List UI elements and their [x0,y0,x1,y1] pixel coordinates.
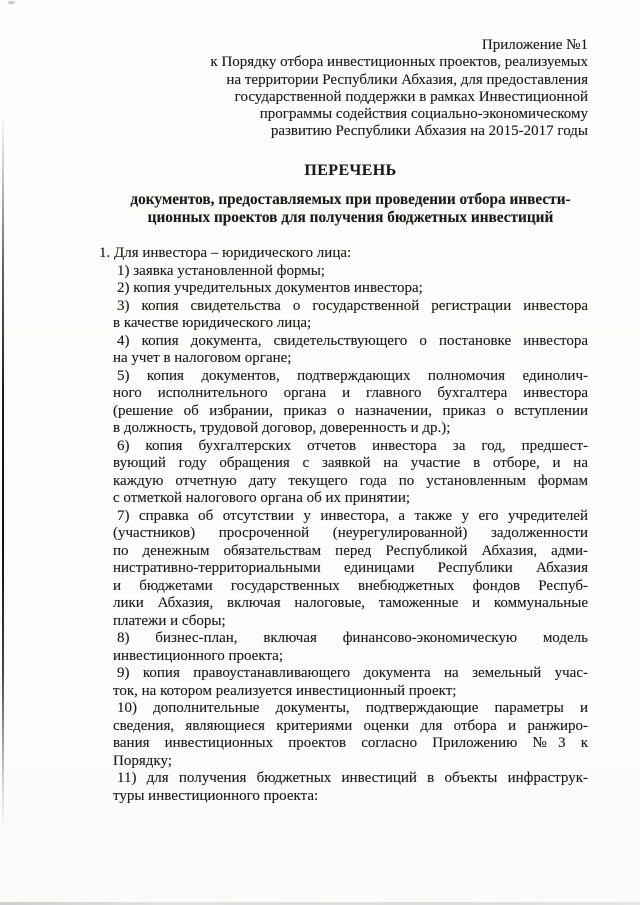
text-line: по денежным обязательствам перед Республ… [113,543,588,561]
list-intro: 1. Для инвестора – юридического лица: [99,245,588,263]
text-line: 1) заявка установленной формы; [113,263,588,281]
text-line: вания инвестиционных проектов согласно П… [113,735,588,753]
header-line: на территории Республики Абхазия, для пр… [158,72,588,89]
document-subtitle: документов, предоставляемых при проведен… [113,191,588,226]
header-line: к Порядку отбора инвестиционных проектов… [158,54,588,71]
text-line: 11) для получения бюджетных инвестиций в… [113,770,588,788]
list-item: 2) копия учредительных документов инвест… [113,280,588,298]
subtitle-line: ционных проектов для получения бюджетных… [113,209,588,227]
text-line: нистративно-территориальными единицами Р… [113,560,588,578]
text-line: каждую отчетную дату текущего года по ус… [113,473,588,491]
text-line: 3) копия свидетельства о государственной… [113,298,588,316]
list-item: 1) заявка установленной формы; [113,263,588,281]
header-line: Приложение №1 [158,37,588,54]
subtitle-line: документов, предоставляемых при проведен… [113,191,588,209]
text-line: и бюджетами государственных внебюджетных… [113,578,588,596]
text-line: ного исполнительного органа и главного б… [113,385,588,403]
text-line: 6) копия бухгалтерских отчетов инвестора… [113,438,588,456]
text-line: лики Абхазия, включая налоговые, таможен… [113,595,588,613]
document-title: ПЕРЕЧЕНЬ [113,162,588,180]
list-item: 3) копия свидетельства о государственной… [113,298,588,333]
list-item: 6) копия бухгалтерских отчетов инвестора… [113,438,588,508]
text-line: инвестиционного проекта; [113,648,588,666]
scanned-document-page: Приложение №1к Порядку отбора инвестицио… [0,0,640,905]
list-item: 4) копия документа, свидетельствующего о… [113,333,588,368]
text-line: в должность, трудовой договор, доверенно… [113,420,588,438]
list-item: 7) справка об отсутствии у инвестора, а … [113,508,588,631]
text-line: туры инвестиционного проекта: [113,788,588,806]
list-item: 10) дополнительные документы, подтвержда… [113,700,588,770]
text-line: в качестве юридического лица; [113,315,588,333]
text-line: 9) копия правоустанавливающего документа… [113,665,588,683]
text-line: платежи и сборы; [113,613,588,631]
list-item: 11) для получения бюджетных инвестиций в… [113,770,588,805]
header-line: развитию Республики Абхазия на 2015-2017… [158,123,588,140]
document-body: 1. Для инвестора – юридического лица: 1)… [113,245,588,805]
header-line: государственной поддержки в рамках Инвес… [158,89,588,106]
appendix-header: Приложение №1к Порядку отбора инвестицио… [158,37,588,141]
header-line: программы содействия социально-экономиче… [158,106,588,123]
text-line: (решение об избрании, приказ о назначени… [113,403,588,421]
list-item: 8) бизнес-план, включая финансово-эконом… [113,630,588,665]
text-line: 7) справка об отсутствии у инвестора, а … [113,508,588,526]
text-line: сведения, являющиеся критериями оценки д… [113,718,588,736]
text-line: 4) копия документа, свидетельствующего о… [113,333,588,351]
list-item: 5) копия документов, подтверждающих полн… [113,368,588,438]
text-line: ток, на котором реализуется инвестиционн… [113,683,588,701]
text-line: 8) бизнес-план, включая финансово-эконом… [113,630,588,648]
text-line: Порядку; [113,753,588,771]
text-line: 5) копия документов, подтверждающих полн… [113,368,588,386]
list-item: 9) копия правоустанавливающего документа… [113,665,588,700]
scan-speck-artifact [8,1,15,4]
text-line: 10) дополнительные документы, подтвержда… [113,700,588,718]
text-line: 2) копия учредительных документов инвест… [113,280,588,298]
text-line: вующий году обращения с заявкой на участ… [113,455,588,473]
text-line: с отметкой налогового органа об их приня… [113,490,588,508]
scan-left-edge-artifact [2,112,4,827]
text-line: на учет в налоговом органе; [113,350,588,368]
text-line: (участников) просроченной (неурегулирова… [113,525,588,543]
